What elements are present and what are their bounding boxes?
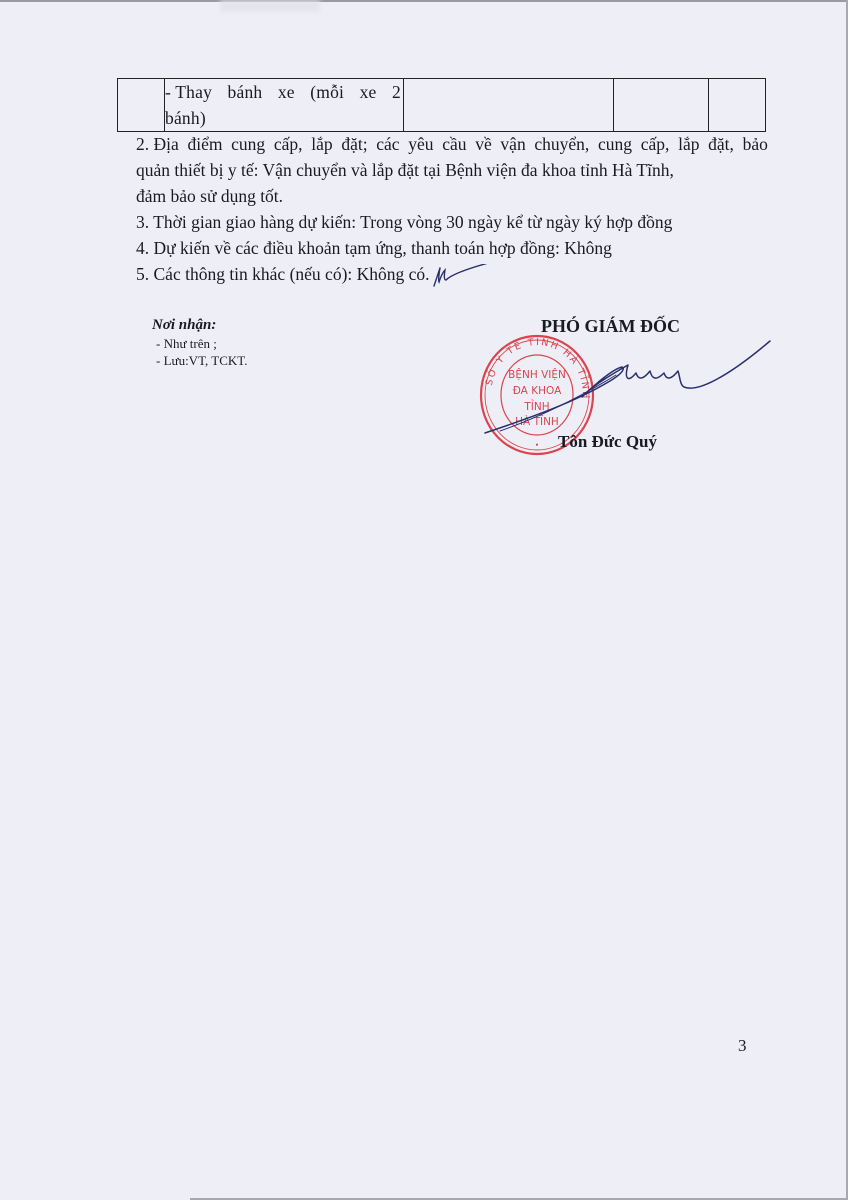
word: xe xyxy=(278,79,295,105)
handwritten-signature-icon xyxy=(480,335,780,445)
word: vận xyxy=(500,131,525,157)
table-cell xyxy=(614,79,709,132)
document-body: 2. Địađiểmcungcấp,lắpđặt;cácyêucầuvềvậnc… xyxy=(136,131,776,288)
recipient-item: - Lưu:VT, TCKT. xyxy=(152,352,248,369)
table-row: - Thaybánhxe(mỗixe2 bánh) xyxy=(118,79,766,132)
word: bánh xyxy=(228,79,263,105)
paragraph-delivery-location: 2. Địađiểmcungcấp,lắpđặt;cácyêucầuvềvậnc… xyxy=(136,131,776,209)
recipient-item: - Như trên ; xyxy=(152,335,248,352)
initials-mark-icon xyxy=(432,264,512,288)
word: đặt, xyxy=(708,131,734,157)
recipients-title: Nơi nhận: xyxy=(152,317,248,334)
word: cấp, xyxy=(274,131,303,157)
word: yêu xyxy=(408,131,433,157)
paragraph-text: 5. Các thông tin khác (nếu có): Không có… xyxy=(136,264,430,284)
word: lắp xyxy=(311,131,332,157)
paragraph-other-info: 5. Các thông tin khác (nếu có): Không có… xyxy=(136,261,776,288)
page-edge xyxy=(0,0,848,2)
paragraph-payment-terms: 4. Dự kiến về các điều khoản tạm ứng, th… xyxy=(136,235,776,261)
word: 2. Địa xyxy=(136,131,179,157)
word: bảo xyxy=(743,131,768,157)
word: lắp xyxy=(678,131,699,157)
paragraph-delivery-time: 3. Thời gian giao hàng dự kiến: Trong vò… xyxy=(136,209,776,235)
table-cell xyxy=(709,79,766,132)
table-cell xyxy=(404,79,614,132)
word: các xyxy=(376,131,399,157)
word: đặt; xyxy=(341,131,367,157)
word: chuyển, xyxy=(534,131,589,157)
signer-name: Tôn Đức Quý xyxy=(558,432,657,452)
word: xe xyxy=(360,79,377,105)
word: - Thay xyxy=(165,79,212,105)
word: cung xyxy=(231,131,265,157)
word: (mỗi xyxy=(310,79,344,105)
word: về xyxy=(475,131,492,157)
recipients-block: Nơi nhận: - Như trên ; - Lưu:VT, TCKT. xyxy=(152,317,248,369)
table-cell-index xyxy=(118,79,165,132)
word: cấp, xyxy=(641,131,670,157)
items-table: - Thaybánhxe(mỗixe2 bánh) xyxy=(117,78,766,132)
cell-line: - Thaybánhxe(mỗixe2 xyxy=(165,79,401,105)
cell-line: bánh) xyxy=(165,105,401,131)
word: điểm xyxy=(187,131,222,157)
paragraph-line: quản thiết bị y tế: Vận chuyển và lắp đặ… xyxy=(136,157,776,183)
scan-smudge xyxy=(220,0,320,12)
page-number: 3 xyxy=(738,1036,747,1056)
word: 2 xyxy=(392,79,401,105)
paragraph-line: đảm bảo sử dụng tốt. xyxy=(136,183,776,209)
paragraph-line: 2. Địađiểmcungcấp,lắpđặt;cácyêucầuvềvậnc… xyxy=(136,131,768,157)
word: cung xyxy=(598,131,632,157)
word: cầu xyxy=(442,131,466,157)
table-cell-description: - Thaybánhxe(mỗixe2 bánh) xyxy=(165,79,404,132)
